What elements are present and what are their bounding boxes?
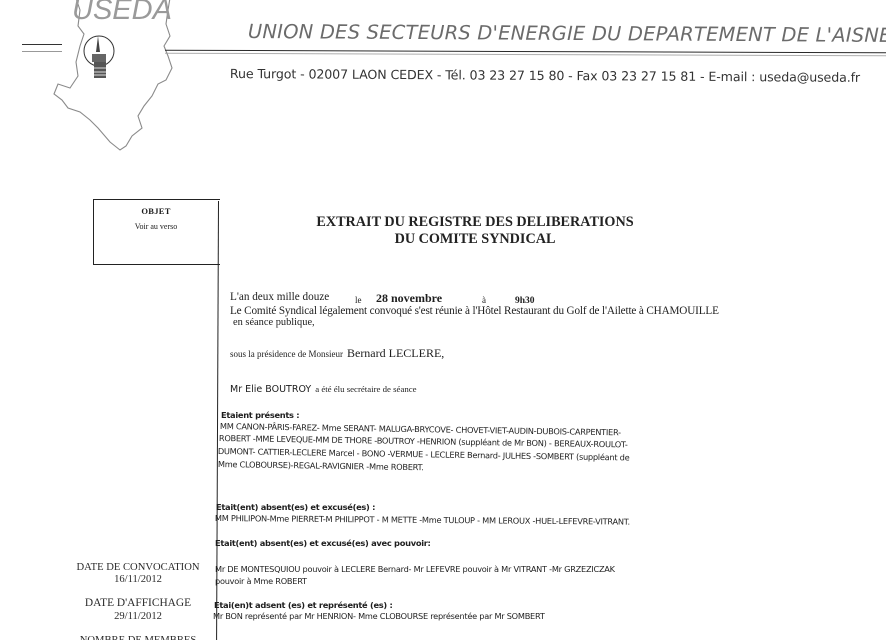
objet-value: Voir au verso <box>93 222 219 231</box>
president-name: Bernard LECLERE, <box>347 346 444 360</box>
secretary-suffix: a été élu secrétaire de séance <box>315 384 416 394</box>
session-year: L'an deux mille douze <box>230 291 329 303</box>
absent-proxy-line: pouvoir à Mme ROBERT <box>215 576 307 586</box>
presidence-prefix: sous la présidence de Monsieur <box>230 349 343 359</box>
session-public: en séance publique, <box>233 317 315 328</box>
objet-title: OBJET <box>93 206 219 216</box>
session-date: 28 novembre <box>376 291 442 306</box>
organization-name: UNION DES SECTEURS D'ENERGIE DU DEPARTEM… <box>248 20 886 47</box>
convocation-date: 16/11/2012 <box>62 573 214 586</box>
present-line: Mme CLOBOURSE)-REGAL-RAVIGNIER -Mme ROBE… <box>218 459 424 472</box>
organization-address: Rue Turgot - 02007 LAON CEDEX - Tél. 03 … <box>230 66 860 85</box>
presidence-line: sous la présidence de Monsieur Bernard L… <box>230 344 444 362</box>
absent-excused-line: MM PHILIPON-Mme PIERRET-M PHILIPPOT - M … <box>215 513 630 527</box>
document-title-line1: EXTRAIT DU REGISTRE DES DELIBERATIONS <box>270 213 680 231</box>
session-a: à <box>482 295 486 305</box>
header-rule-left <box>22 44 62 45</box>
absent-proxy-line: Mr DE MONTESQUIOU pouvoir à LECLERE Bern… <box>215 564 615 574</box>
session-le: le <box>355 295 362 305</box>
affichage-label: DATE D'AFFICHAGE <box>62 597 214 610</box>
absent-represented-heading: Etai(en)t adsent (es) et représenté (es)… <box>214 600 393 610</box>
affichage-date: 29/11/2012 <box>62 610 214 623</box>
session-convocation: Le Comité Syndical légalement convoqué s… <box>230 305 719 317</box>
header-rule-left-thin <box>22 51 62 52</box>
absent-excused-heading: Etait(ent) absent(es) et excusé(es) : <box>216 502 375 512</box>
membres-label: NOMBRE DE MEMBRES <box>62 634 214 640</box>
secretary-name: Mr Elie BOUTROY <box>230 384 311 395</box>
absent-represented-line: Mr BON représenté par Mr HENRION- Mme CL… <box>213 611 545 621</box>
present-heading: Etaient présents : <box>221 410 299 420</box>
margin-rule <box>216 201 219 640</box>
document-title-line2: DU COMITE SYNDICAL <box>270 230 680 248</box>
logo-text: USEDA <box>72 0 172 27</box>
absent-proxy-heading: Etait(ent) absent(es) et excusé(es) avec… <box>215 538 431 548</box>
secretary-line: Mr Elie BOUTROY a été élu secrétaire de … <box>230 379 417 397</box>
